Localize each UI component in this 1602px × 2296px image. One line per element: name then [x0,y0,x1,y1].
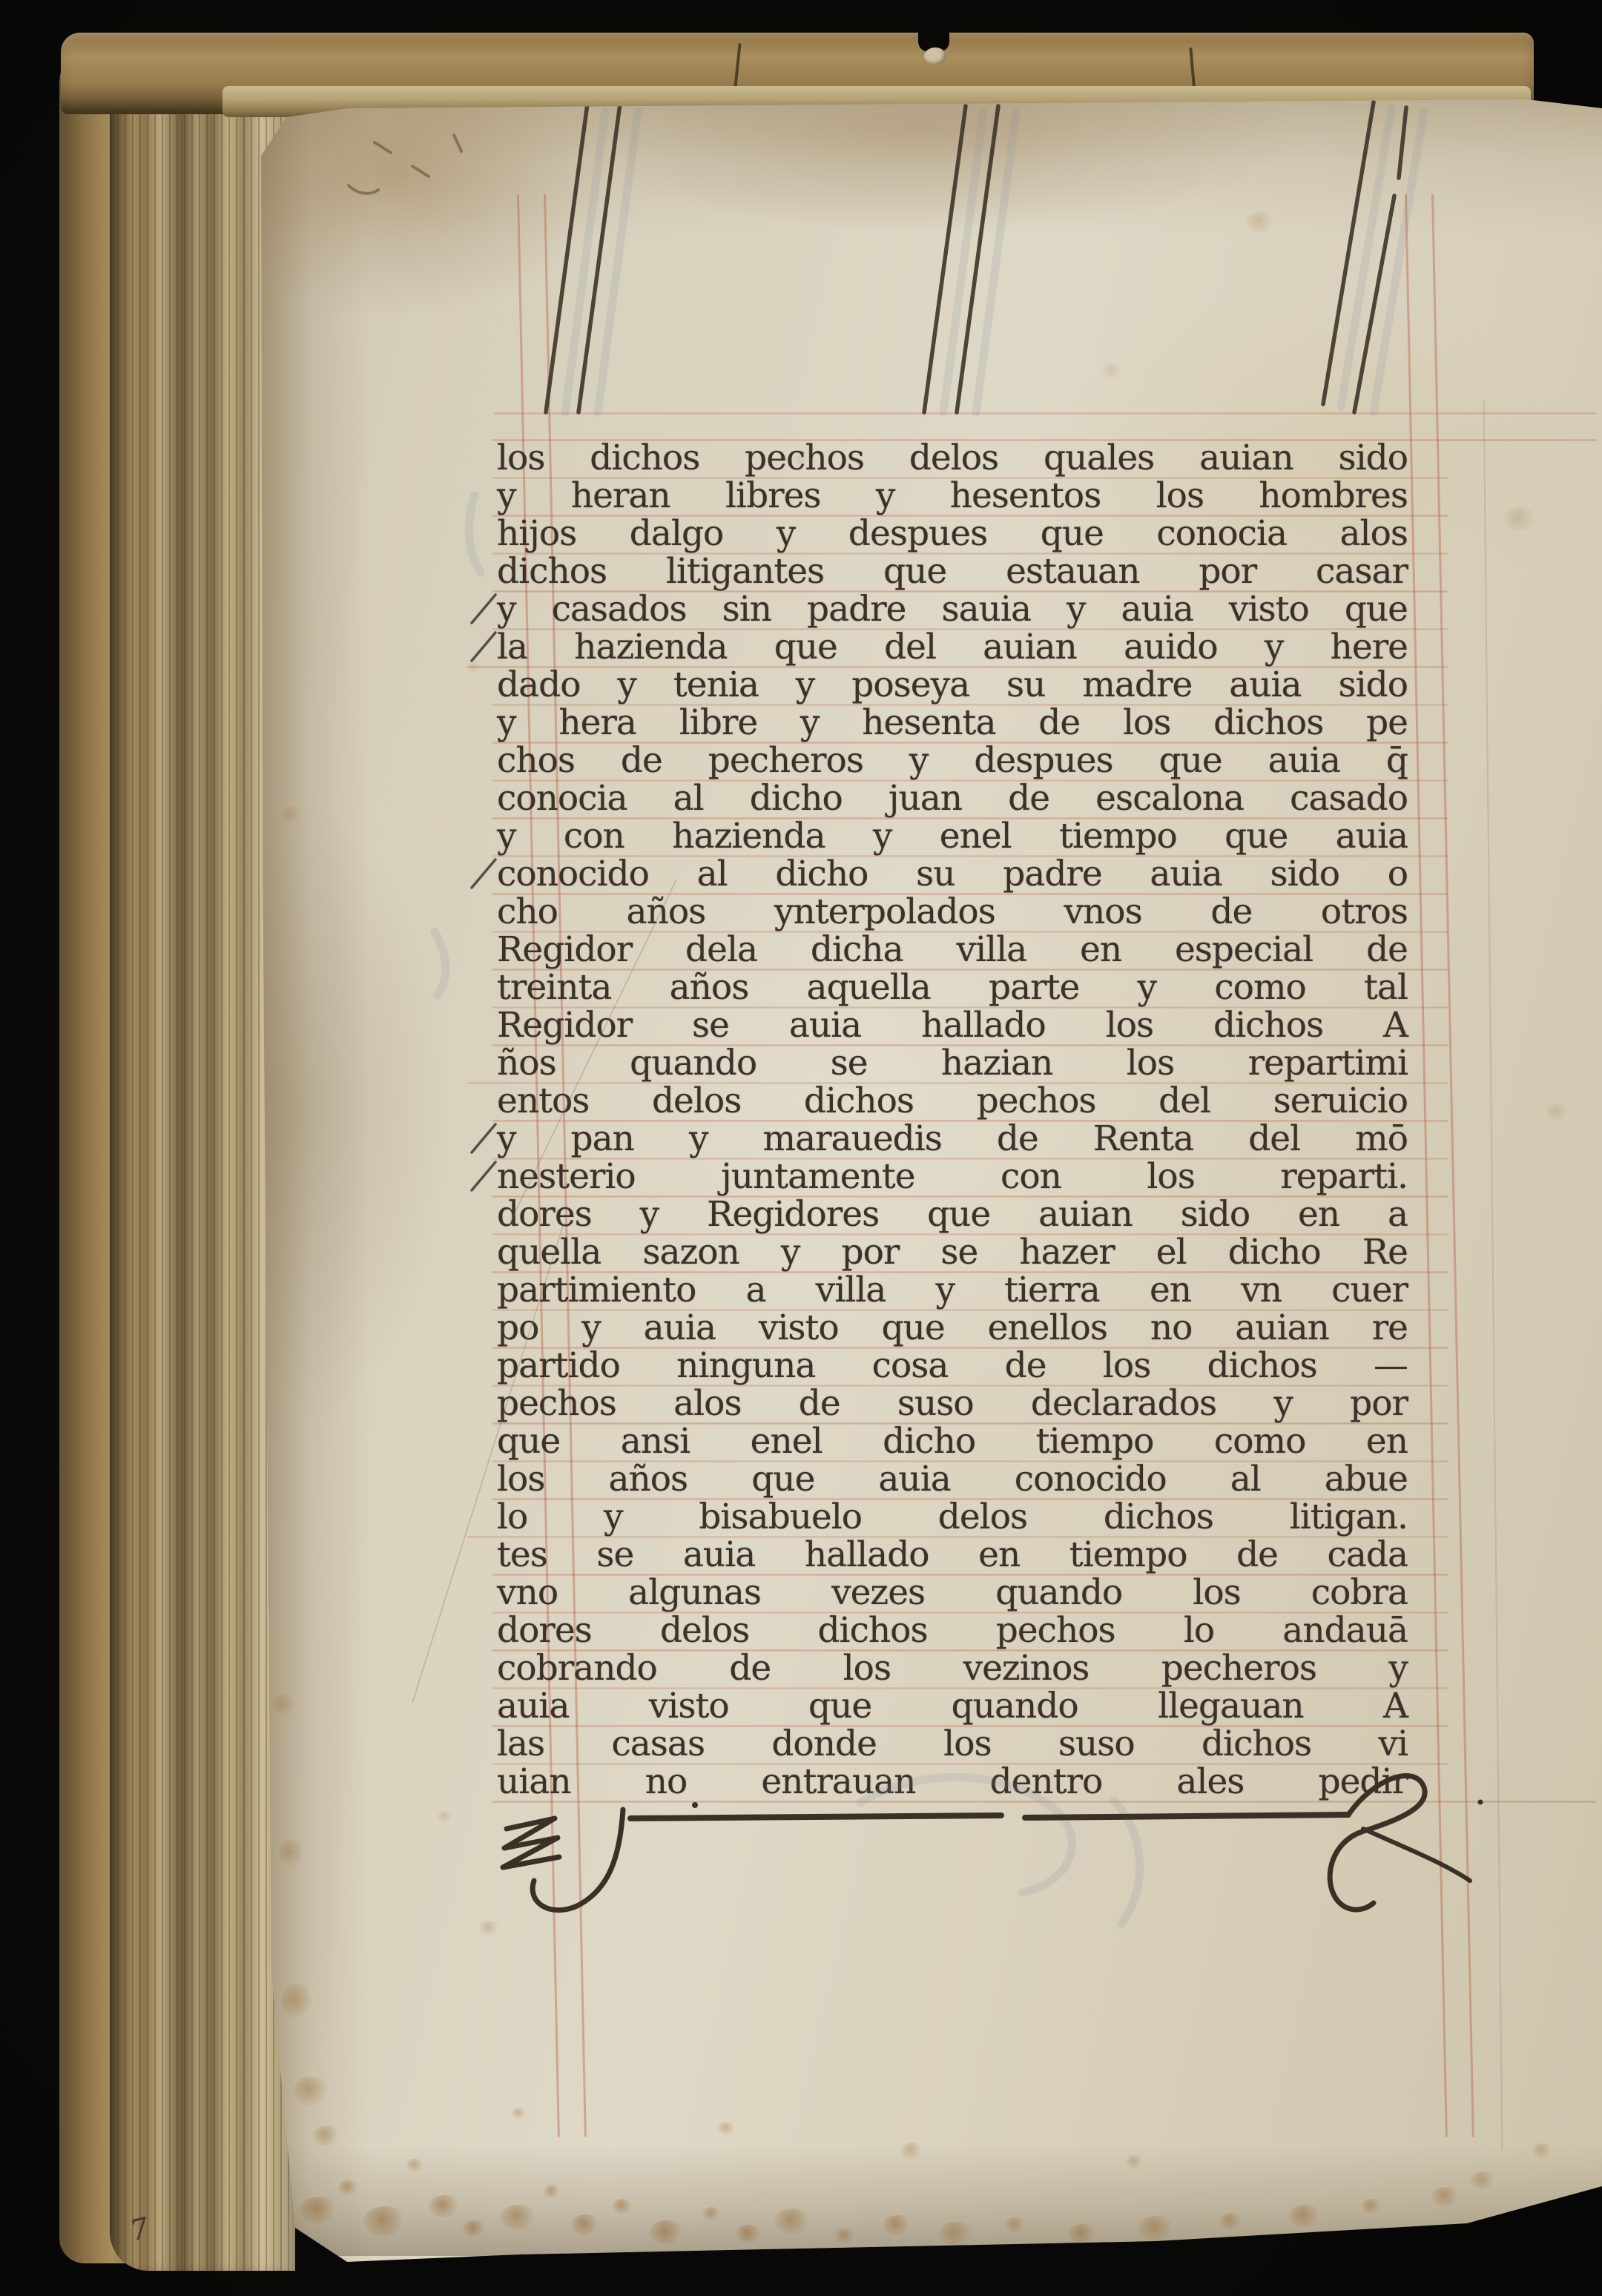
stitch-marks [349,135,461,194]
ink-dot [1478,1800,1483,1805]
loop-flourish [1330,1775,1425,1910]
manuscript-photograph: 7 los dichos pechos delos quales auian s… [0,0,1602,2296]
ink-dot [692,1802,698,1808]
crease-lines [412,880,676,1703]
margin-insertion-ticks [472,595,495,1190]
scribal-paraph [503,1818,559,1867]
cover-chip-fragment [924,47,946,65]
filler-rule-right [1025,1815,1348,1818]
end-of-text-flourish [503,1775,1483,1910]
filler-rule-left [630,1815,1001,1818]
loop-flourish-tail [1363,1829,1470,1881]
